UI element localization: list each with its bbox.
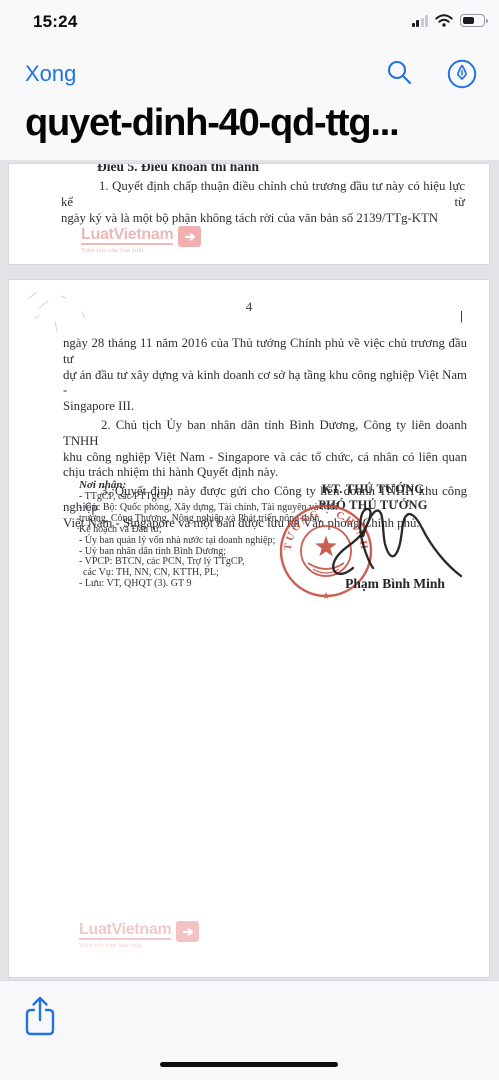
navigation-bar: Xong [0, 52, 499, 96]
scan-edge-mark: | [460, 308, 463, 324]
clock: 15:24 [33, 12, 77, 32]
page-number: 4 [9, 299, 489, 315]
luatvietnam-watermark: LuatVietnam Tiện ích văn bản luật ➔ [79, 921, 199, 949]
paragraph-2: 2. Chủ tịch Ủy ban nhân dân tỉnh Bình Dư… [63, 418, 467, 481]
luatvietnam-watermark: LuatVietnam Tiện ích văn bản luật ➔ [81, 226, 201, 254]
header: 15:24 Xong [0, 0, 499, 160]
status-bar: 15:24 [0, 10, 499, 36]
pdf-viewer[interactable]: Điều 5. Điều khoản thi hành 1. Quyết địn… [0, 160, 499, 980]
article-heading: Điều 5. Điều khoản thi hành [97, 163, 259, 175]
document-filename: quyet-dinh-40-qd-ttg... [25, 102, 485, 145]
search-icon[interactable] [386, 59, 413, 86]
paragraph-1: ngày 28 tháng 11 năm 2016 của Thủ tướng … [63, 336, 467, 415]
markup-icon[interactable] [447, 59, 477, 89]
cellular-signal-icon [412, 15, 429, 27]
wifi-icon [435, 14, 453, 27]
luatvietnam-arrow-icon: ➔ [178, 226, 201, 247]
pdf-page-3: Điều 5. Điều khoản thi hành 1. Quyết địn… [8, 163, 490, 265]
pdf-page-4: 4 | ngày 28 tháng 11 năm 2016 của Thủ tư… [8, 279, 490, 978]
page3-paragraph: 1. Quyết định chấp thuận điều chỉnh chủ … [61, 179, 465, 226]
done-button[interactable]: Xong [25, 61, 76, 87]
luatvietnam-arrow-icon: ➔ [176, 921, 199, 942]
battery-icon [460, 14, 485, 27]
share-icon[interactable] [20, 995, 60, 1039]
seal-star: ★ [322, 591, 331, 602]
pdf-preview-screen: 15:24 Xong [0, 0, 499, 1080]
signer-name: Phạm Bình Minh [325, 576, 465, 592]
home-indicator[interactable] [160, 1062, 338, 1067]
